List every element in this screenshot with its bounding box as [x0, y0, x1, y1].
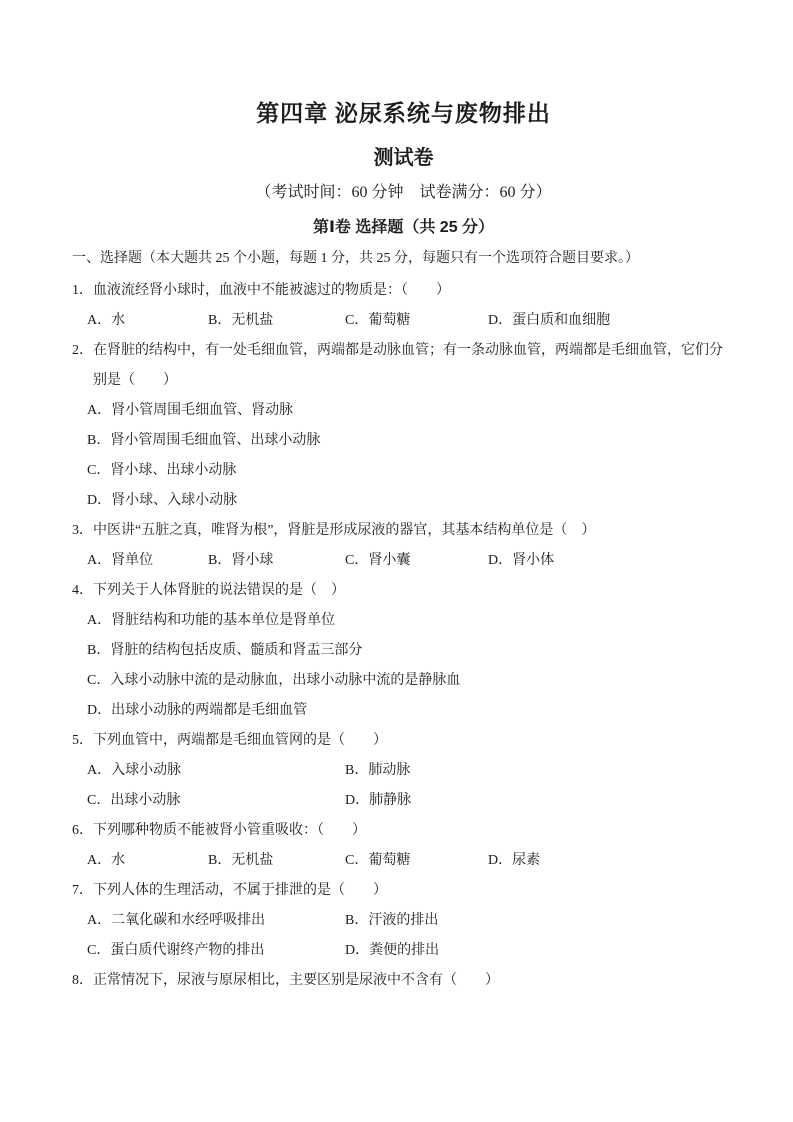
question-text: 6．下列哪种物质不能被肾小管重吸收：（ ）	[72, 816, 735, 846]
question-text: 5．下列血管中，两端都是毛细血管网的是（ ）	[72, 726, 735, 756]
question-options: A．肾脏结构和功能的基本单位是肾单位 B．肾脏的结构包括皮质、髓质和肾盂三部分 …	[72, 606, 735, 726]
question-text: 8．正常情况下，尿液与原尿相比，主要区别是尿液中不含有（ ）	[72, 966, 735, 996]
option-text: 汗液的排出	[368, 913, 438, 928]
option-d: D．肾小球、入球小动脉	[87, 486, 735, 516]
question-options: A．肾单位 B．肾小球 C．肾小囊 D．肾小体	[72, 546, 735, 576]
option-label: C．	[87, 463, 110, 478]
question-options: A．二氧化碳和水经呼吸排出 B．汗液的排出 C．蛋白质代谢终产物的排出 D．粪便…	[72, 906, 735, 966]
option-label: C．	[87, 943, 110, 958]
option-text: 肺动脉	[368, 763, 410, 778]
option-b: B．肺动脉	[345, 756, 735, 786]
question-stem: 血液流经肾小球时，血液中不能被滤过的物质是：（ ）	[93, 283, 450, 298]
option-label: C．	[87, 673, 110, 688]
option-text: 肾小体	[512, 553, 554, 568]
option-label: A．	[87, 763, 111, 778]
option-text: 肺静脉	[369, 793, 411, 808]
option-a: A．水	[87, 306, 208, 336]
question-stem: 下列人体的生理活动，不属于排泄的是（ ）	[93, 883, 387, 898]
question-options: A．水 B．无机盐 C．葡萄糖 D．尿素	[72, 846, 735, 876]
option-a: A．水	[87, 846, 208, 876]
questions-list: 1．血液流经肾小球时，血液中不能被滤过的物质是：（ ） A．水 B．无机盐 C．…	[72, 276, 735, 996]
question-stem: 中医讲“五脏之真，唯肾为根”，肾脏是形成尿液的器官，其基本结构单位是（ ）	[93, 523, 595, 538]
option-c: C．葡萄糖	[345, 846, 488, 876]
option-text: 肾单位	[111, 553, 153, 568]
option-text: 尿素	[512, 853, 540, 868]
question-text: 7．下列人体的生理活动，不属于排泄的是（ ）	[72, 876, 735, 906]
option-d: D．出球小动脉的两端都是毛细血管	[87, 696, 735, 726]
option-c: C．入球小动脉中流的是动脉血，出球小动脉中流的是静脉血	[87, 666, 735, 696]
option-c: C．葡萄糖	[345, 306, 488, 336]
question-4: 4．下列关于人体肾脏的说法错误的是（ ） A．肾脏结构和功能的基本单位是肾单位 …	[72, 576, 735, 726]
option-text: 入球小动脉	[111, 763, 181, 778]
option-text: 肾小管周围毛细血管、肾动脉	[111, 403, 293, 418]
option-label: A．	[87, 853, 111, 868]
option-label: C．	[345, 853, 368, 868]
option-label: B．	[208, 853, 231, 868]
option-d: D．粪便的排出	[345, 936, 735, 966]
question-stem: 下列血管中，两端都是毛细血管网的是（ ）	[93, 733, 387, 748]
option-label: C．	[87, 793, 110, 808]
option-b: B．无机盐	[208, 846, 345, 876]
option-text: 葡萄糖	[368, 853, 410, 868]
option-label: B．	[208, 553, 231, 568]
question-number: 3．	[72, 523, 93, 538]
question-stem: 正常情况下，尿液与原尿相比，主要区别是尿液中不含有（ ）	[93, 973, 499, 988]
option-label: B．	[87, 643, 110, 658]
section-header: 第Ⅰ卷 选择题（共 25 分）	[72, 219, 735, 237]
option-label: C．	[345, 313, 368, 328]
question-text: 1．血液流经肾小球时，血液中不能被滤过的物质是：（ ）	[72, 276, 735, 306]
option-c: C．出球小动脉	[87, 786, 345, 816]
question-number: 7．	[72, 883, 93, 898]
test-paper-page: 第四章 泌尿系统与废物排出 测试卷 （考试时间：60 分钟 试卷满分：60 分）…	[0, 0, 793, 1122]
option-d: D．肺静脉	[345, 786, 735, 816]
option-b: B．无机盐	[208, 306, 345, 336]
question-stem: 下列哪种物质不能被肾小管重吸收：（ ）	[93, 823, 366, 838]
option-label: D．	[87, 703, 111, 718]
option-label: D．	[87, 493, 111, 508]
option-a: A．肾单位	[87, 546, 208, 576]
question-number: 5．	[72, 733, 93, 748]
question-options: A．水 B．无机盐 C．葡萄糖 D．蛋白质和血细胞	[72, 306, 735, 336]
question-6: 6．下列哪种物质不能被肾小管重吸收：（ ） A．水 B．无机盐 C．葡萄糖 D．…	[72, 816, 735, 876]
option-text: 肾小管周围毛细血管、出球小动脉	[110, 433, 320, 448]
option-text: 葡萄糖	[368, 313, 410, 328]
option-d: D．蛋白质和血细胞	[488, 306, 735, 336]
option-text: 肾脏结构和功能的基本单位是肾单位	[111, 613, 335, 628]
question-2: 2．在肾脏的结构中，有一处毛细血管，两端都是动脉血管；有一条动脉血管，两端都是毛…	[72, 336, 735, 516]
question-stem: 下列关于人体肾脏的说法错误的是（ ）	[93, 583, 345, 598]
question-number: 8．	[72, 973, 93, 988]
question-text: 4．下列关于人体肾脏的说法错误的是（ ）	[72, 576, 735, 606]
option-a: A．肾小管周围毛细血管、肾动脉	[87, 396, 735, 426]
option-text: 肾脏的结构包括皮质、髓质和肾盂三部分	[110, 643, 362, 658]
option-label: A．	[87, 553, 111, 568]
question-stem: 在肾脏的结构中，有一处毛细血管，两端都是动脉血管；有一条动脉血管，两端都是毛细血…	[93, 343, 723, 388]
question-number: 4．	[72, 583, 93, 598]
option-text: 肾小球	[231, 553, 273, 568]
option-label: B．	[345, 913, 368, 928]
question-number: 1．	[72, 283, 93, 298]
option-c: C．肾小囊	[345, 546, 488, 576]
question-8: 8．正常情况下，尿液与原尿相比，主要区别是尿液中不含有（ ）	[72, 966, 735, 996]
question-text: 2．在肾脏的结构中，有一处毛细血管，两端都是动脉血管；有一条动脉血管，两端都是毛…	[72, 336, 735, 396]
option-label: A．	[87, 913, 111, 928]
option-text: 无机盐	[231, 853, 273, 868]
question-1: 1．血液流经肾小球时，血液中不能被滤过的物质是：（ ） A．水 B．无机盐 C．…	[72, 276, 735, 336]
section-instructions: 一、选择题（本大题共 25 个小题，每题 1 分，共 25 分，每题只有一个选项…	[72, 244, 735, 274]
question-3: 3．中医讲“五脏之真，唯肾为根”，肾脏是形成尿液的器官，其基本结构单位是（ ） …	[72, 516, 735, 576]
option-b: B．肾小球	[208, 546, 345, 576]
option-b: B．汗液的排出	[345, 906, 735, 936]
option-d: D．肾小体	[488, 546, 735, 576]
paper-subtitle: 测试卷	[72, 147, 735, 169]
option-text: 肾小球、入球小动脉	[111, 493, 237, 508]
option-c: C．肾小球、出球小动脉	[87, 456, 735, 486]
option-label: D．	[488, 553, 512, 568]
option-label: D．	[345, 793, 369, 808]
option-d: D．尿素	[488, 846, 735, 876]
option-text: 肾小球、出球小动脉	[110, 463, 236, 478]
option-text: 二氧化碳和水经呼吸排出	[111, 913, 265, 928]
option-label: A．	[87, 613, 111, 628]
option-text: 水	[111, 313, 125, 328]
option-text: 肾小囊	[368, 553, 410, 568]
option-text: 蛋白质代谢终产物的排出	[110, 943, 264, 958]
paper-title: 第四章 泌尿系统与废物排出	[72, 101, 735, 127]
question-options: A．入球小动脉 B．肺动脉 C．出球小动脉 D．肺静脉	[72, 756, 735, 816]
question-number: 6．	[72, 823, 93, 838]
option-label: D．	[488, 853, 512, 868]
question-number: 2．	[72, 343, 93, 358]
option-label: A．	[87, 403, 111, 418]
exam-info-line: （考试时间：60 分钟 试卷满分：60 分）	[72, 184, 735, 202]
option-label: D．	[345, 943, 369, 958]
option-a: A．肾脏结构和功能的基本单位是肾单位	[87, 606, 735, 636]
option-text: 水	[111, 853, 125, 868]
option-label: D．	[488, 313, 512, 328]
question-text: 3．中医讲“五脏之真，唯肾为根”，肾脏是形成尿液的器官，其基本结构单位是（ ）	[72, 516, 735, 546]
question-7: 7．下列人体的生理活动，不属于排泄的是（ ） A．二氧化碳和水经呼吸排出 B．汗…	[72, 876, 735, 966]
option-b: B．肾脏的结构包括皮质、髓质和肾盂三部分	[87, 636, 735, 666]
option-text: 粪便的排出	[369, 943, 439, 958]
option-a: A．入球小动脉	[87, 756, 345, 786]
option-label: C．	[345, 553, 368, 568]
option-text: 出球小动脉	[110, 793, 180, 808]
option-b: B．肾小管周围毛细血管、出球小动脉	[87, 426, 735, 456]
option-text: 无机盐	[231, 313, 273, 328]
option-label: B．	[87, 433, 110, 448]
option-text: 出球小动脉的两端都是毛细血管	[111, 703, 307, 718]
option-text: 蛋白质和血细胞	[512, 313, 610, 328]
option-c: C．蛋白质代谢终产物的排出	[87, 936, 345, 966]
question-options: A．肾小管周围毛细血管、肾动脉 B．肾小管周围毛细血管、出球小动脉 C．肾小球、…	[72, 396, 735, 516]
question-5: 5．下列血管中，两端都是毛细血管网的是（ ） A．入球小动脉 B．肺动脉 C．出…	[72, 726, 735, 816]
option-label: B．	[208, 313, 231, 328]
option-text: 入球小动脉中流的是动脉血，出球小动脉中流的是静脉血	[110, 673, 460, 688]
option-label: A．	[87, 313, 111, 328]
option-a: A．二氧化碳和水经呼吸排出	[87, 906, 345, 936]
option-label: B．	[345, 763, 368, 778]
